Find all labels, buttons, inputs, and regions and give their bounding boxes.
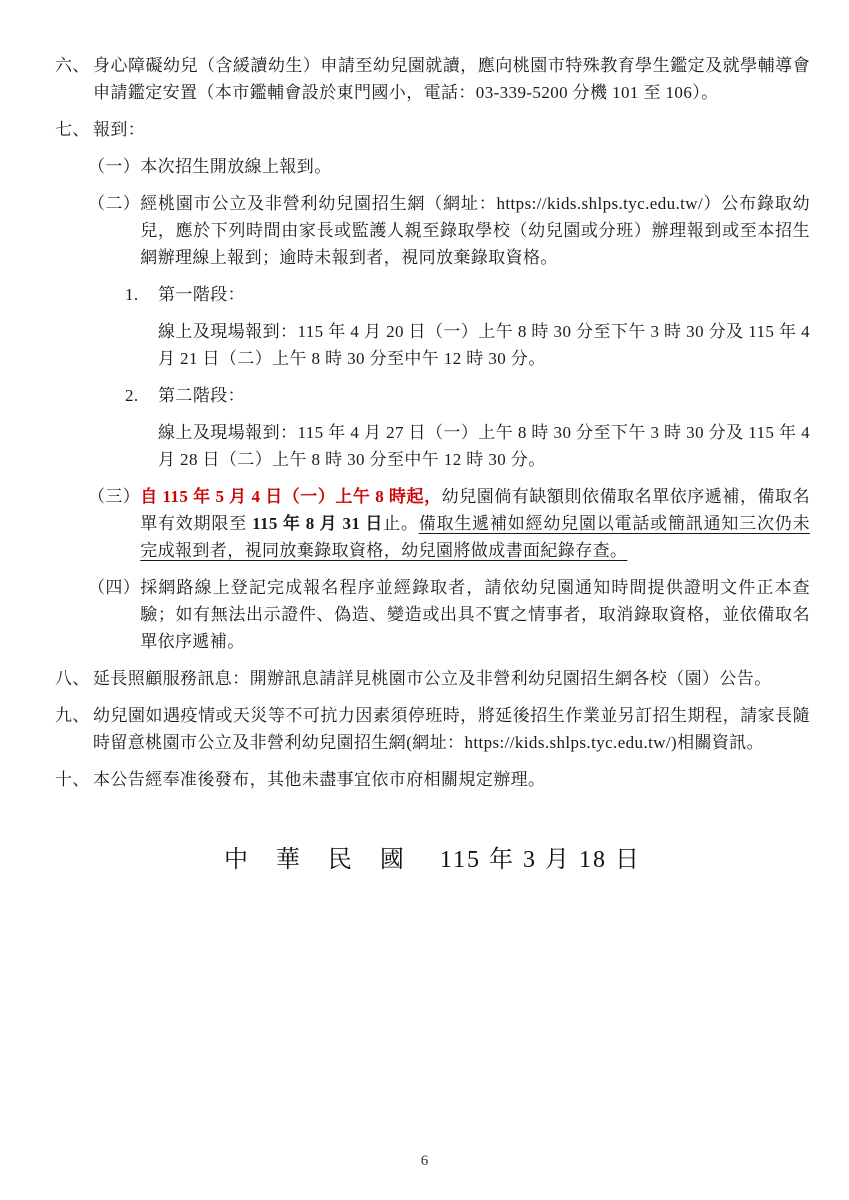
item-marker: 1.: [125, 281, 158, 308]
page-number: 6: [0, 1153, 849, 1170]
announcement-item: 線上及現場報到：115 年 4 月 20 日（一）上午 8 時 30 分至下午 …: [55, 318, 810, 372]
announcement-item: 七、報到：: [55, 116, 810, 143]
item-text: 身心障礙幼兒（含緩讀幼生）申請至幼兒園就讀，應向桃園市特殊教育學生鑑定及就學輔導…: [93, 52, 810, 106]
item-text: 報到：: [93, 116, 810, 143]
item-marker: 2.: [125, 382, 158, 409]
announcement-item: （一）本次招生開放線上報到。: [55, 153, 810, 180]
item-marker: 九、: [55, 702, 93, 756]
text-segment: 採網路線上登記完成報名程序並經錄取者，請依幼兒園通知時間提供證明文件正本查驗；如…: [140, 578, 810, 651]
announcement-item: 1.第一階段：: [55, 281, 810, 308]
item-text: 採網路線上登記完成報名程序並經錄取者，請依幼兒園通知時間提供證明文件正本查驗；如…: [140, 574, 810, 655]
text-segment: 止。: [383, 514, 419, 533]
text-segment: 線上及現場報到：115 年 4 月 20 日（一）上午 8 時 30 分至下午 …: [158, 322, 810, 368]
text-segment: 延長照顧服務訊息：開辦訊息請詳見桃園市公立及非營利幼兒園招生網各校（園）公告。: [93, 669, 772, 688]
item-marker: 八、: [55, 665, 93, 692]
text-segment: 身心障礙幼兒（含緩讀幼生）申請至幼兒園就讀，應向桃園市特殊教育學生鑑定及就學輔導…: [93, 56, 810, 102]
announcement-item: （二）經桃園市公立及非營利幼兒園招生網（網址：https://kids.shlp…: [55, 190, 810, 271]
republic-era-date-line: 中 華 民 國 115 年 3 月 18 日: [55, 839, 810, 874]
item-text: 延長照顧服務訊息：開辦訊息請詳見桃園市公立及非營利幼兒園招生網各校（園）公告。: [93, 665, 810, 692]
text-segment: 線上及現場報到：115 年 4 月 27 日（一）上午 8 時 30 分至下午 …: [158, 423, 810, 469]
text-segment: 經桃園市公立及非營利幼兒園招生網（網址：https://kids.shlps.t…: [140, 194, 810, 267]
item-text: 幼兒園如遇疫情或天災等不可抗力因素須停班時，將延後招生作業並另訂招生期程，請家長…: [93, 702, 810, 756]
item-text: 第一階段：: [158, 281, 810, 308]
announcement-item: （三）自 115 年 5 月 4 日（一）上午 8 時起，幼兒園倘有缺額則依備取…: [55, 483, 810, 564]
item-marker: （三）: [88, 483, 140, 564]
announcement-item: 2.第二階段：: [55, 382, 810, 409]
text-segment: 自 115 年 5 月 4 日（一）上午 8 時起，: [140, 487, 441, 506]
text-segment: 本公告經奉准後發布，其他未盡事宜依市府相關規定辦理。: [93, 770, 545, 789]
announcement-item: 六、身心障礙幼兒（含緩讀幼生）申請至幼兒園就讀，應向桃園市特殊教育學生鑑定及就學…: [55, 52, 810, 106]
item-text: 線上及現場報到：115 年 4 月 27 日（一）上午 8 時 30 分至下午 …: [158, 419, 810, 473]
announcement-item: 九、幼兒園如遇疫情或天災等不可抗力因素須停班時，將延後招生作業並另訂招生期程，請…: [55, 702, 810, 756]
item-text: 本次招生開放線上報到。: [140, 153, 810, 180]
document-page: 六、身心障礙幼兒（含緩讀幼生）申請至幼兒園就讀，應向桃園市特殊教育學生鑑定及就學…: [0, 0, 849, 1200]
item-marker: （四）: [88, 574, 140, 655]
item-text: 第二階段：: [158, 382, 810, 409]
item-text: 經桃園市公立及非營利幼兒園招生網（網址：https://kids.shlps.t…: [140, 190, 810, 271]
item-marker: （一）: [88, 153, 140, 180]
announcement-item: 十、本公告經奉准後發布，其他未盡事宜依市府相關規定辦理。: [55, 766, 810, 793]
text-segment: 本次招生開放線上報到。: [140, 157, 331, 176]
text-segment: 幼兒園如遇疫情或天災等不可抗力因素須停班時，將延後招生作業並另訂招生期程，請家長…: [93, 706, 810, 752]
text-segment: 115 年 8 月 31 日: [252, 514, 383, 533]
item-marker: 六、: [55, 52, 93, 106]
item-marker: （二）: [88, 190, 140, 271]
items-container: 六、身心障礙幼兒（含緩讀幼生）申請至幼兒園就讀，應向桃園市特殊教育學生鑑定及就學…: [55, 52, 810, 793]
item-text: 本公告經奉准後發布，其他未盡事宜依市府相關規定辦理。: [93, 766, 810, 793]
text-segment: 報到：: [93, 120, 145, 139]
item-marker: 十、: [55, 766, 93, 793]
announcement-item: （四）採網路線上登記完成報名程序並經錄取者，請依幼兒園通知時間提供證明文件正本查…: [55, 574, 810, 655]
announcement-body: 六、身心障礙幼兒（含緩讀幼生）申請至幼兒園就讀，應向桃園市特殊教育學生鑑定及就學…: [55, 52, 810, 874]
item-text: 線上及現場報到：115 年 4 月 20 日（一）上午 8 時 30 分至下午 …: [158, 318, 810, 372]
announcement-item: 線上及現場報到：115 年 4 月 27 日（一）上午 8 時 30 分至下午 …: [55, 419, 810, 473]
item-text: 自 115 年 5 月 4 日（一）上午 8 時起，幼兒園倘有缺額則依備取名單依…: [140, 483, 810, 564]
announcement-item: 八、延長照顧服務訊息：開辦訊息請詳見桃園市公立及非營利幼兒園招生網各校（園）公告…: [55, 665, 810, 692]
text-segment: 第一階段：: [158, 285, 245, 304]
item-marker: 七、: [55, 116, 93, 143]
text-segment: 第二階段：: [158, 386, 245, 405]
